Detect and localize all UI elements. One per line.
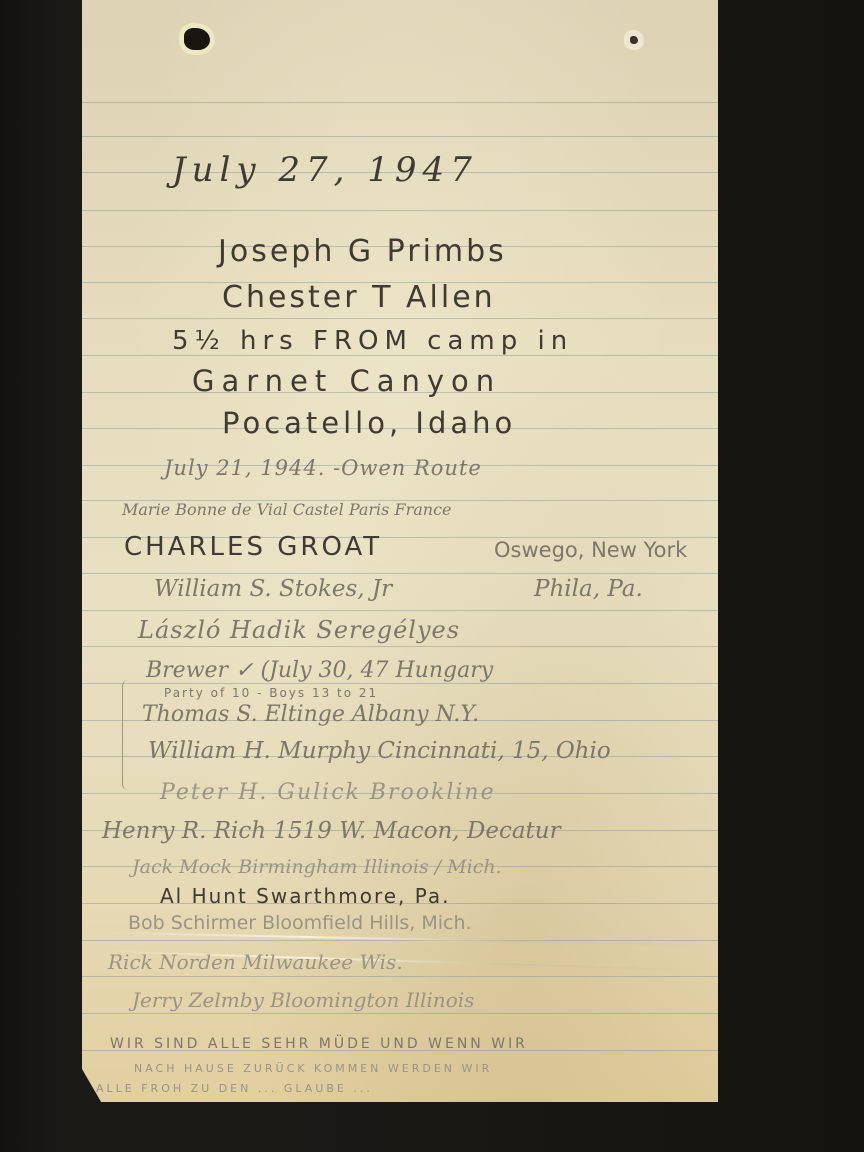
german-note: WIR SIND ALLE SEHR MÜDE UND WENN WIR	[110, 1036, 528, 1052]
entry-note: 5½ hrs FROM camp in	[172, 326, 573, 356]
entry-name: William H. Murphy Cincinnati, 15, Ohio	[148, 738, 611, 764]
entry-name: Bob Schirmer Bloomfield Hills, Mich.	[128, 912, 472, 934]
entry-note: Garnet Canyon	[192, 364, 501, 398]
entry-name: Jerry Zelmby Bloomington Illinois	[132, 988, 474, 1012]
entry-name: Rick Norden Milwaukee Wis.	[108, 950, 403, 974]
entry-place: Oswego, New York	[494, 538, 687, 562]
entry-name: Marie Bonne de Vial Castel Paris France	[122, 500, 452, 519]
entry-name: Thomas S. Eltinge Albany N.Y.	[142, 702, 479, 727]
entry-name: Peter H. Gulick Brookline	[160, 780, 496, 805]
entry-note: Party of 10 - Boys 13 to 21	[164, 686, 378, 700]
entry-name: William S. Stokes, Jr	[154, 576, 392, 602]
entry-date: July 27, 1947	[172, 150, 478, 190]
entry-name: Al Hunt Swarthmore, Pa.	[160, 884, 451, 908]
entry-name: Jack Mock Birmingham Illinois / Mich.	[132, 856, 502, 878]
entry-name: Chester T Allen	[222, 280, 496, 315]
entry-name: László Hadik Seregélyes	[138, 616, 460, 644]
entry-place: Phila, Pa.	[534, 576, 643, 602]
entry-date: July 21, 1944. -Owen Route	[164, 456, 482, 480]
bracket-mark	[122, 680, 133, 790]
entry-name: CHARLES GROAT	[124, 532, 382, 562]
pin-hole	[630, 36, 638, 44]
entry-place: Pocatello, Idaho	[222, 406, 516, 440]
german-note: NACH HAUSE ZURÜCK KOMMEN WERDEN WIR	[134, 1062, 492, 1075]
entry-name: Brewer ✓ (July 30, 47 Hungary	[146, 658, 493, 683]
entry-name: Henry R. Rich 1519 W. Macon, Decatur	[102, 818, 561, 844]
entry-name: Joseph G Primbs	[218, 234, 507, 269]
german-note: ALLE FROH ZU DEN ... GLAUBE ...	[96, 1082, 373, 1095]
torn-hole	[184, 28, 210, 50]
